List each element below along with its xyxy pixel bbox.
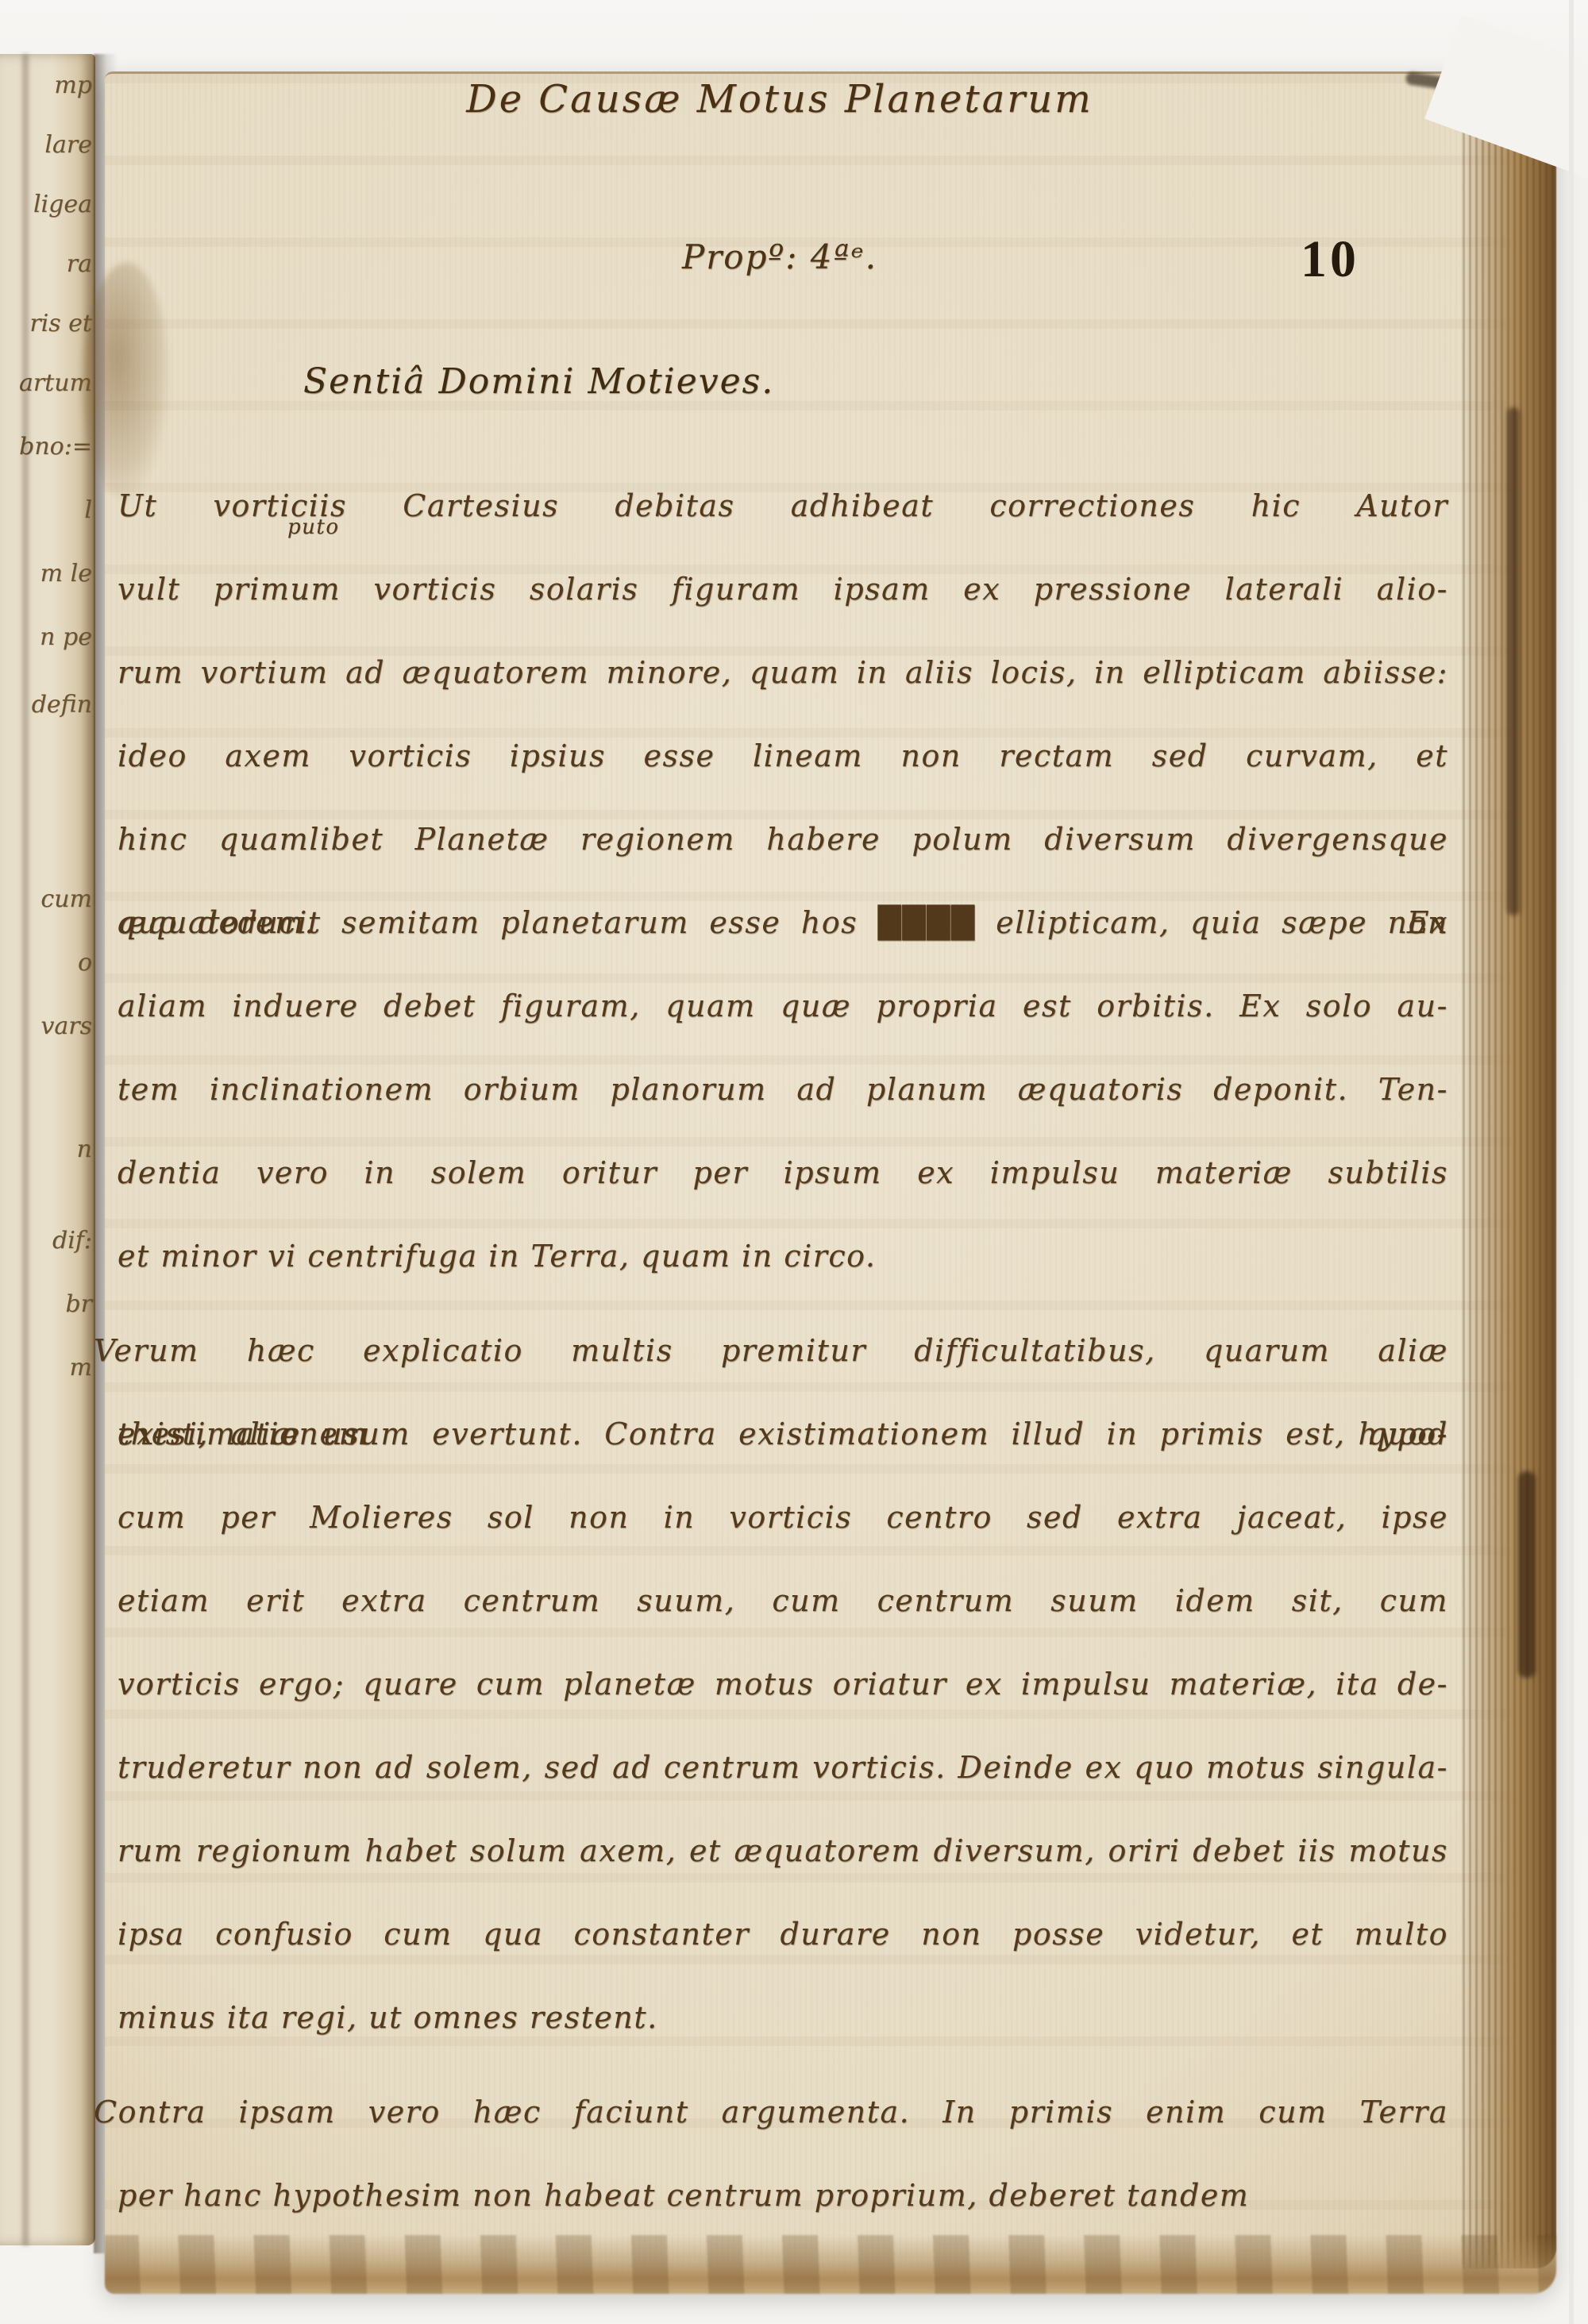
manuscript-line: aliam induere debet figuram, quam quæ pr…	[118, 965, 1448, 1048]
manuscript-line: minus ita regi, ut omnes restent.	[118, 1976, 1448, 2060]
manuscript-photo: mp lare ligea ra ris et artum bno:= l m …	[0, 0, 1588, 2324]
page-crease-shadow	[22, 54, 29, 2245]
paragraph: Verum hæc explicatio multis premitur dif…	[118, 1309, 1448, 2060]
margin-fragment: ligea	[33, 191, 92, 218]
manuscript-line: Contra ipsam vero hæc faciunt argumenta.…	[118, 2071, 1448, 2154]
manuscript-line: tem inclinationem orbium planorum ad pla…	[118, 1048, 1448, 1131]
body-text: puto Ut vorticiis Cartesius debitas adhi…	[118, 464, 1448, 2237]
margin-fragment: bno:=	[19, 433, 92, 461]
proposition-label: Propº: 4ªᵉ.	[121, 237, 1439, 276]
margin-fragment: n	[77, 1135, 92, 1163]
manuscript-line: per hanc hypothesim non habeat centrum p…	[118, 2154, 1448, 2237]
manuscript-line: hinc quamlibet Planetæ regionem habere p…	[118, 798, 1448, 881]
manuscript-line: etiam erit extra centrum suum, cum centr…	[118, 1559, 1448, 1643]
margin-fragment: artum	[19, 369, 92, 397]
paragraph: Contra ipsam vero hæc faciunt argumenta.…	[118, 2071, 1448, 2237]
manuscript-line: vorticis ergo; quare cum planetæ motus o…	[118, 1643, 1448, 1726]
paragraph: Ut vorticiis Cartesius debitas adhibeat …	[118, 464, 1448, 1298]
manuscript-line: rum regionum habet solum axem, et æquato…	[118, 1809, 1448, 1893]
manuscript-line: Verum hæc explicatio multis premitur dif…	[118, 1309, 1448, 1393]
manuscript-line: rum vortium ad æquatorem minore, quam in…	[118, 631, 1448, 715]
manuscript-line: ipsa confusio cum qua constanter durare …	[118, 1893, 1448, 1976]
manuscript-line: cum per Molieres sol non in vorticis cen…	[118, 1476, 1448, 1559]
margin-fragment: m	[70, 1354, 92, 1382]
edge-stain	[1518, 1471, 1536, 1678]
edge-stain	[1507, 407, 1520, 915]
margin-fragment: cum	[40, 885, 92, 913]
manuscript-line: truderetur non ad solem, sed ad centrum …	[118, 1726, 1448, 1809]
margin-fragment: defin	[32, 691, 92, 719]
deckle-edge	[105, 2235, 1556, 2294]
margin-fragment: lare	[44, 131, 92, 159]
manuscript-line: dentia vero in solem oritur per ipsum ex…	[118, 1131, 1448, 1215]
margin-fragment: vars	[40, 1012, 92, 1040]
backdrop-seam	[1569, 0, 1574, 2324]
previous-page-edge: mp lare ligea ra ris et artum bno:= l m …	[0, 54, 95, 2245]
margin-fragment: o	[78, 949, 92, 977]
margin-fragment: ris et	[29, 310, 92, 337]
manuscript-line: et minor vi centrifuga in Terra, quam in…	[118, 1215, 1448, 1298]
margin-fragment: ra	[67, 250, 92, 278]
manuscript-line: Ut vorticiis Cartesius debitas adhibeat …	[118, 464, 1448, 548]
margin-fragment: m le	[40, 560, 92, 588]
manuscript-line: ideo axem vorticis ipsius esse lineam no…	[118, 715, 1448, 798]
page-number: 10	[1301, 229, 1359, 290]
manuscript-line: vult primum vorticis solaris figuram ips…	[118, 548, 1448, 631]
margin-fragment: br	[65, 1290, 92, 1318]
margin-fragment: mp	[54, 71, 92, 99]
margin-fragment: l	[84, 496, 92, 524]
manuscript-line-with-redaction: quo deducit semitam planetarum esse hos …	[118, 881, 1448, 965]
margin-fragment: n pe	[40, 623, 92, 651]
section-heading: Sentiâ Domini Motieves.	[303, 361, 774, 402]
page-title: De Causæ Motus Planetarum	[121, 77, 1439, 121]
manuscript-page: De Causæ Motus Planetarum Propº: 4ªᵉ. 10…	[105, 71, 1556, 2291]
manuscript-line: thesi, aliæ usum evertunt. Contra existi…	[118, 1393, 1448, 1476]
margin-fragment: dif:	[52, 1227, 92, 1254]
